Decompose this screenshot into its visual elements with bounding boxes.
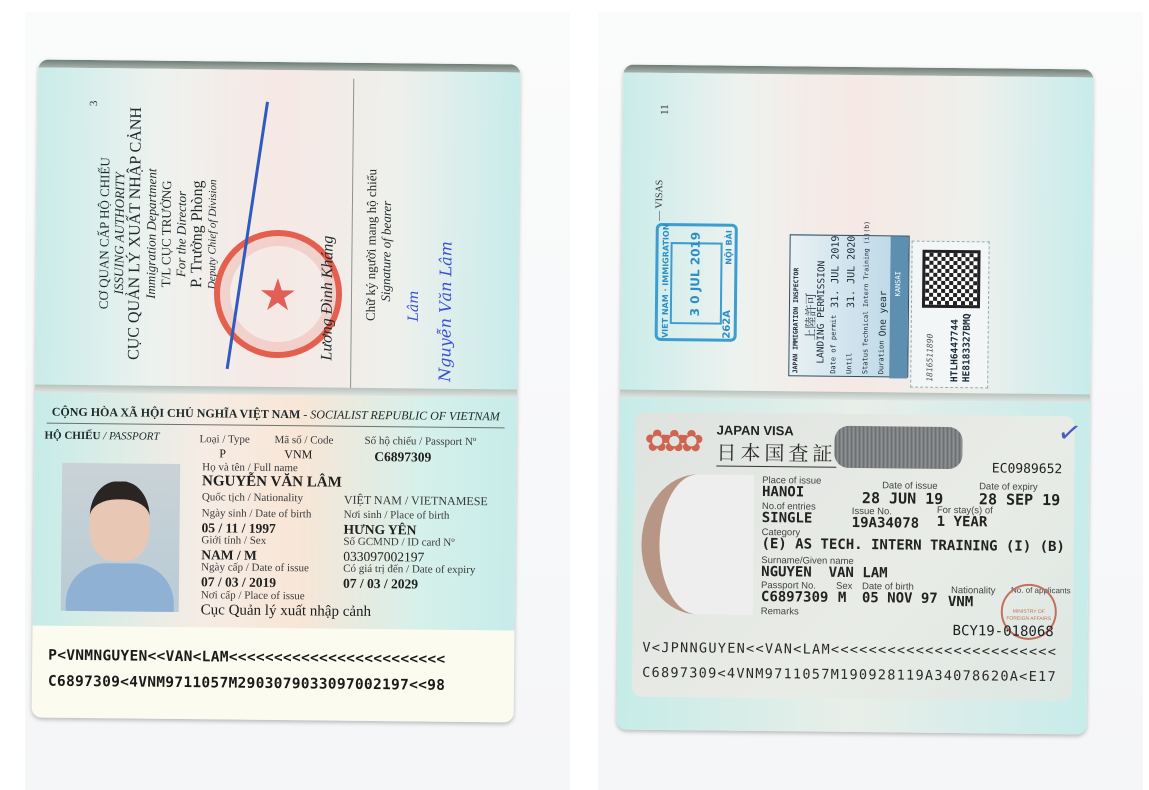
page-number: 11: [659, 104, 671, 115]
bearer-signature: Nguyễn Văn Lâm: [435, 241, 455, 382]
nationality-value: VNM: [948, 594, 973, 610]
passport-visa-page: 11 — VISAS VIET NAM · IMMIGRATION NỘI BÀ…: [617, 65, 1094, 735]
japan-visa-sticker: ✿✿✿ JAPAN VISA 日本国査証 ✓ EC0989652 Place o…: [632, 412, 1075, 702]
passport-no: C6897309: [761, 589, 829, 606]
landing-title: LANDING PERMISSION: [815, 261, 827, 364]
landing-date: 31. JUL 2019: [830, 235, 842, 307]
code-value: VNM: [284, 447, 312, 462]
place-of-issue: Cục Quản lý xuất nhập cảnh: [201, 602, 372, 621]
landing-duration-label: Duration: [877, 341, 885, 375]
sex-label: Giới tính / Sex: [201, 534, 266, 547]
expiry-date-label: Có giá trị đến / Date of expiry: [343, 563, 475, 576]
nationality-label: Quốc tịch / Nationality: [202, 491, 303, 504]
qr-code-icon: [922, 250, 981, 309]
dob-label: Ngày sinh / Date of birth: [202, 507, 312, 520]
entry-stamp-country: VIET NAM · IMMIGRATION: [661, 224, 671, 339]
issuing-authority: CƠ QUAN CẤP HỘ CHIẾU ISSUING AUTHORITY C…: [95, 98, 222, 369]
entry-stamp: VIET NAM · IMMIGRATION NỘI BÀI 3 0 JUL 2…: [655, 223, 738, 342]
place-of-issue: HANOI: [762, 484, 804, 500]
visa-reference: BCY19-018068: [952, 623, 1053, 640]
date-of-issue: 28 JUN 19: [862, 489, 943, 508]
full-name: NGUYỄN VĂN LÂM: [202, 473, 342, 491]
name-label: Họ và tên / Full name: [202, 461, 298, 474]
visa-mrz-line-1: V<JPNNGUYEN<<VAN<LAM<<<<<<<<<<<<<<<<<<<<…: [642, 640, 1057, 660]
document-type-label: HỘ CHIẾU / PASSPORT: [44, 430, 159, 443]
passport-number-label: Số hộ chiếu / Passport Nº: [364, 435, 476, 448]
bearer-label-en: Signature of bearer: [378, 181, 394, 321]
signer-name: Lương Đình Kháng: [318, 236, 337, 361]
remarks-label: Remarks: [761, 606, 799, 617]
place-of-issue-label: Nơi cấp / Place of issue: [201, 589, 305, 602]
nationality-value: VIỆT NAM / VIETNAMESE: [344, 493, 488, 510]
id-label: Số GCMND / ID card Nº: [343, 536, 454, 549]
pob-label: Nơi sinh / Place of birth: [344, 509, 450, 522]
entry-stamp-code: 262A: [722, 310, 733, 339]
landing-port: KANSAI: [894, 271, 902, 296]
dob-value: 05 NOV 97: [862, 590, 938, 607]
visa-number: EC0989652: [992, 461, 1063, 477]
authority-line: CỤC QUẢN LÝ XUẤT NHẬP CẢNH: [125, 98, 145, 368]
visa-title-jp: 日本国査証: [716, 437, 836, 468]
mrz-line-2: C6897309<4VNM9711057M2903079033097002197…: [48, 674, 445, 694]
entry-stamp-date: 3 0 JUL 2019: [688, 232, 703, 317]
visa-holder-photo: [641, 474, 754, 615]
visas-label: — VISAS: [654, 180, 665, 221]
mrz-zone: P<VNMNGUYEN<<VAN<LAM<<<<<<<<<<<<<<<<<<<<…: [32, 625, 515, 722]
bearer-label-vi: Chữ ký người mang hộ chiếu: [363, 181, 379, 321]
landing-code-1: HTLH6447744: [949, 319, 961, 382]
landing-status: Technical Intern Training (i)(b): [862, 221, 871, 346]
passport-data-page: 3 CƠ QUAN CẤP HỘ CHIẾU ISSUING AUTHORITY…: [32, 59, 521, 722]
name-value: NGUYEN VAN LAM: [761, 564, 888, 581]
code-label: Mã số / Code: [274, 434, 333, 447]
bearer-signature-short: Lâm: [406, 290, 422, 321]
authority-line: Deputy Chief of Division: [204, 99, 222, 369]
authority-page: 3 CƠ QUAN CẤP HỘ CHIẾU ISSUING AUTHORITY…: [35, 67, 520, 397]
visa-stamps-page: 11 — VISAS VIET NAM · IMMIGRATION NỘI BÀ…: [620, 73, 1093, 403]
sex-value: M: [838, 590, 847, 606]
landing-until: 31. JUL 2020: [846, 236, 858, 308]
stay-value: 1 YEAR: [937, 514, 988, 531]
expiry-date: 07 / 03 / 2029: [343, 576, 418, 593]
entry-stamp-airport: NỘI BÀI: [724, 230, 733, 265]
issue-no: 19A34078: [852, 515, 920, 532]
landing-header: JAPAN IMMIGRATION INSPECTOR: [791, 268, 800, 374]
landing-qr-card: 1816511890 HTLH6447744 HE8183327BMQ: [910, 241, 990, 389]
divider: [350, 79, 354, 396]
landing-date-label: Date of permit: [829, 315, 838, 374]
landing-status-label: Status: [861, 349, 869, 374]
landing-until-label: Until: [845, 353, 853, 374]
issue-date-label: Ngày cấp / Date of issue: [201, 561, 309, 574]
hologram-icon: [834, 426, 962, 469]
bearer-signature-label: Chữ ký người mang hộ chiếu Signature of …: [363, 181, 394, 321]
entries-value: SINGLE: [762, 510, 813, 527]
passport-number: C6897309: [374, 449, 431, 466]
cherry-blossom-icon: ✿✿✿: [644, 424, 696, 460]
holder-photo: [61, 463, 181, 612]
landing-duration: One year: [878, 290, 889, 336]
type-value: P: [219, 446, 226, 461]
landing-serial: 1816511890: [925, 334, 935, 382]
type-label: Loại / Type: [199, 433, 249, 446]
mrz-line-1: P<VNMNGUYEN<<VAN<LAM<<<<<<<<<<<<<<<<<<<<…: [48, 648, 445, 668]
landing-permission-sticker: JAPAN IMMIGRATION INSPECTOR 上陸許可 LANDING…: [788, 234, 909, 377]
category-value: (E) AS TECH. INTERN TRAINING (I) (B): [761, 536, 1065, 555]
landing-code-2: HE8183327BMQ: [961, 313, 973, 382]
visa-mrz-line-2: C6897309<4VNM9711057M190928119A34078620A…: [642, 665, 1057, 685]
